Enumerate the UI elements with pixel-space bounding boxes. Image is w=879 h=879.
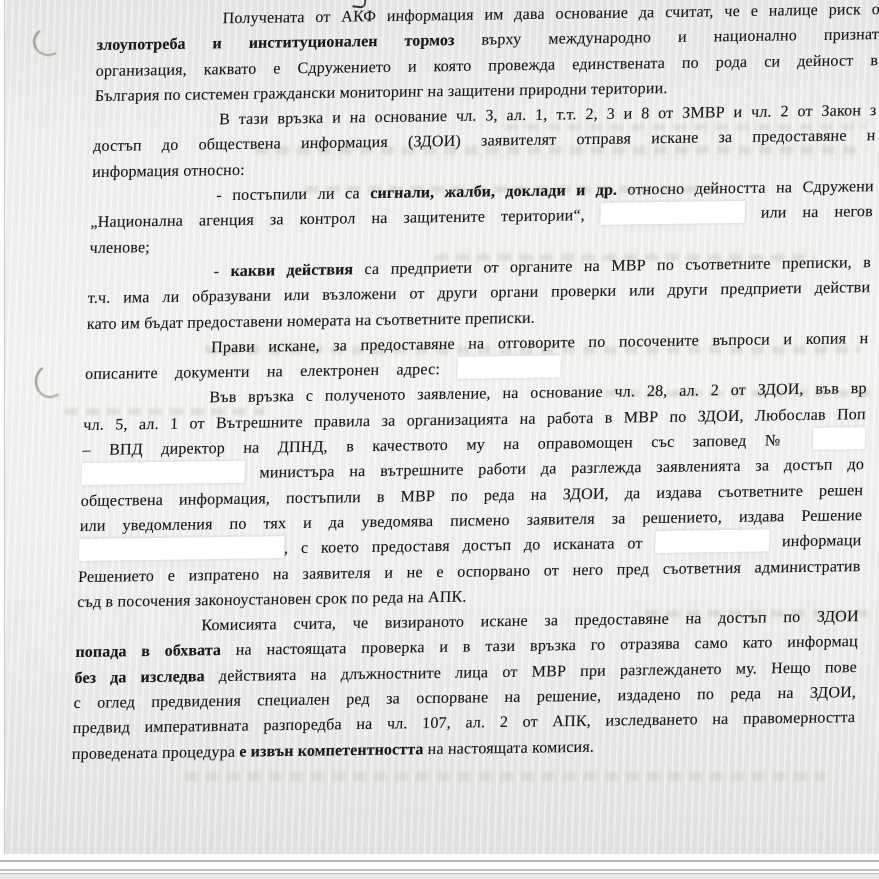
text-segment: министъра на вътрешните работи да разгле… [244,456,864,482]
bleedthrough-artifact [185,772,825,781]
text-segment: като им бъдат предоставени номерата на с… [87,309,536,332]
text-segment: са предприети от органите на МВР по съот… [353,254,871,278]
redaction-box [601,201,746,225]
text-segment: България по системен граждански монитори… [95,80,668,105]
hole-punch-mark [32,362,68,401]
redaction-box [81,461,245,485]
text-segment: описаните документи на електронен адрес: [85,361,458,383]
text-segment: проведената процедура [72,743,240,762]
bold-text-segment: попада в обхвата [75,642,221,661]
bold-text-segment: сигнали, жалби, доклади и др. [370,182,617,202]
bold-text-segment: злоупотреба и институционален тормоз [96,32,454,54]
text-segment: „Национална агенция за контрол на защите… [90,207,601,231]
text-segment: - [213,263,230,280]
bold-text-segment: без да изследва [74,668,205,687]
redaction-box [813,427,866,450]
redaction-box [655,530,770,554]
page-edge-line [0,869,879,871]
text-segment: , с което предоставя достъп до исканата … [284,535,656,557]
hole-punch-mark [30,25,65,59]
text-segment: на настоящата комисия. [423,738,594,757]
text-segment: относно дейността на Сдружени [617,178,874,199]
text-segment: върху международно и национално признат [454,26,879,49]
text-segment: съд в посочения законоустановен срок по … [77,588,467,610]
text-segment: Прави искане, за предоставяне на отговор… [211,330,869,356]
text-segment: информаци [769,532,862,550]
text-segment: членове; [89,239,150,257]
bold-text-segment: какви действия [230,261,353,280]
text-column: Получената от АКФ информация им дава осн… [71,0,879,767]
text-segment: или на негов [745,203,874,222]
text-segment: - постъпили ли са [216,185,370,204]
page-edge-line [0,860,879,862]
scanned-page: Получената от АКФ информация им дава осн… [4,0,879,854]
next-page-strip [0,873,879,879]
bold-text-segment: е извън компетентността [239,741,424,761]
text-segment: информация относно: [92,162,245,181]
redaction-box [457,356,561,379]
redaction-box [79,536,285,561]
